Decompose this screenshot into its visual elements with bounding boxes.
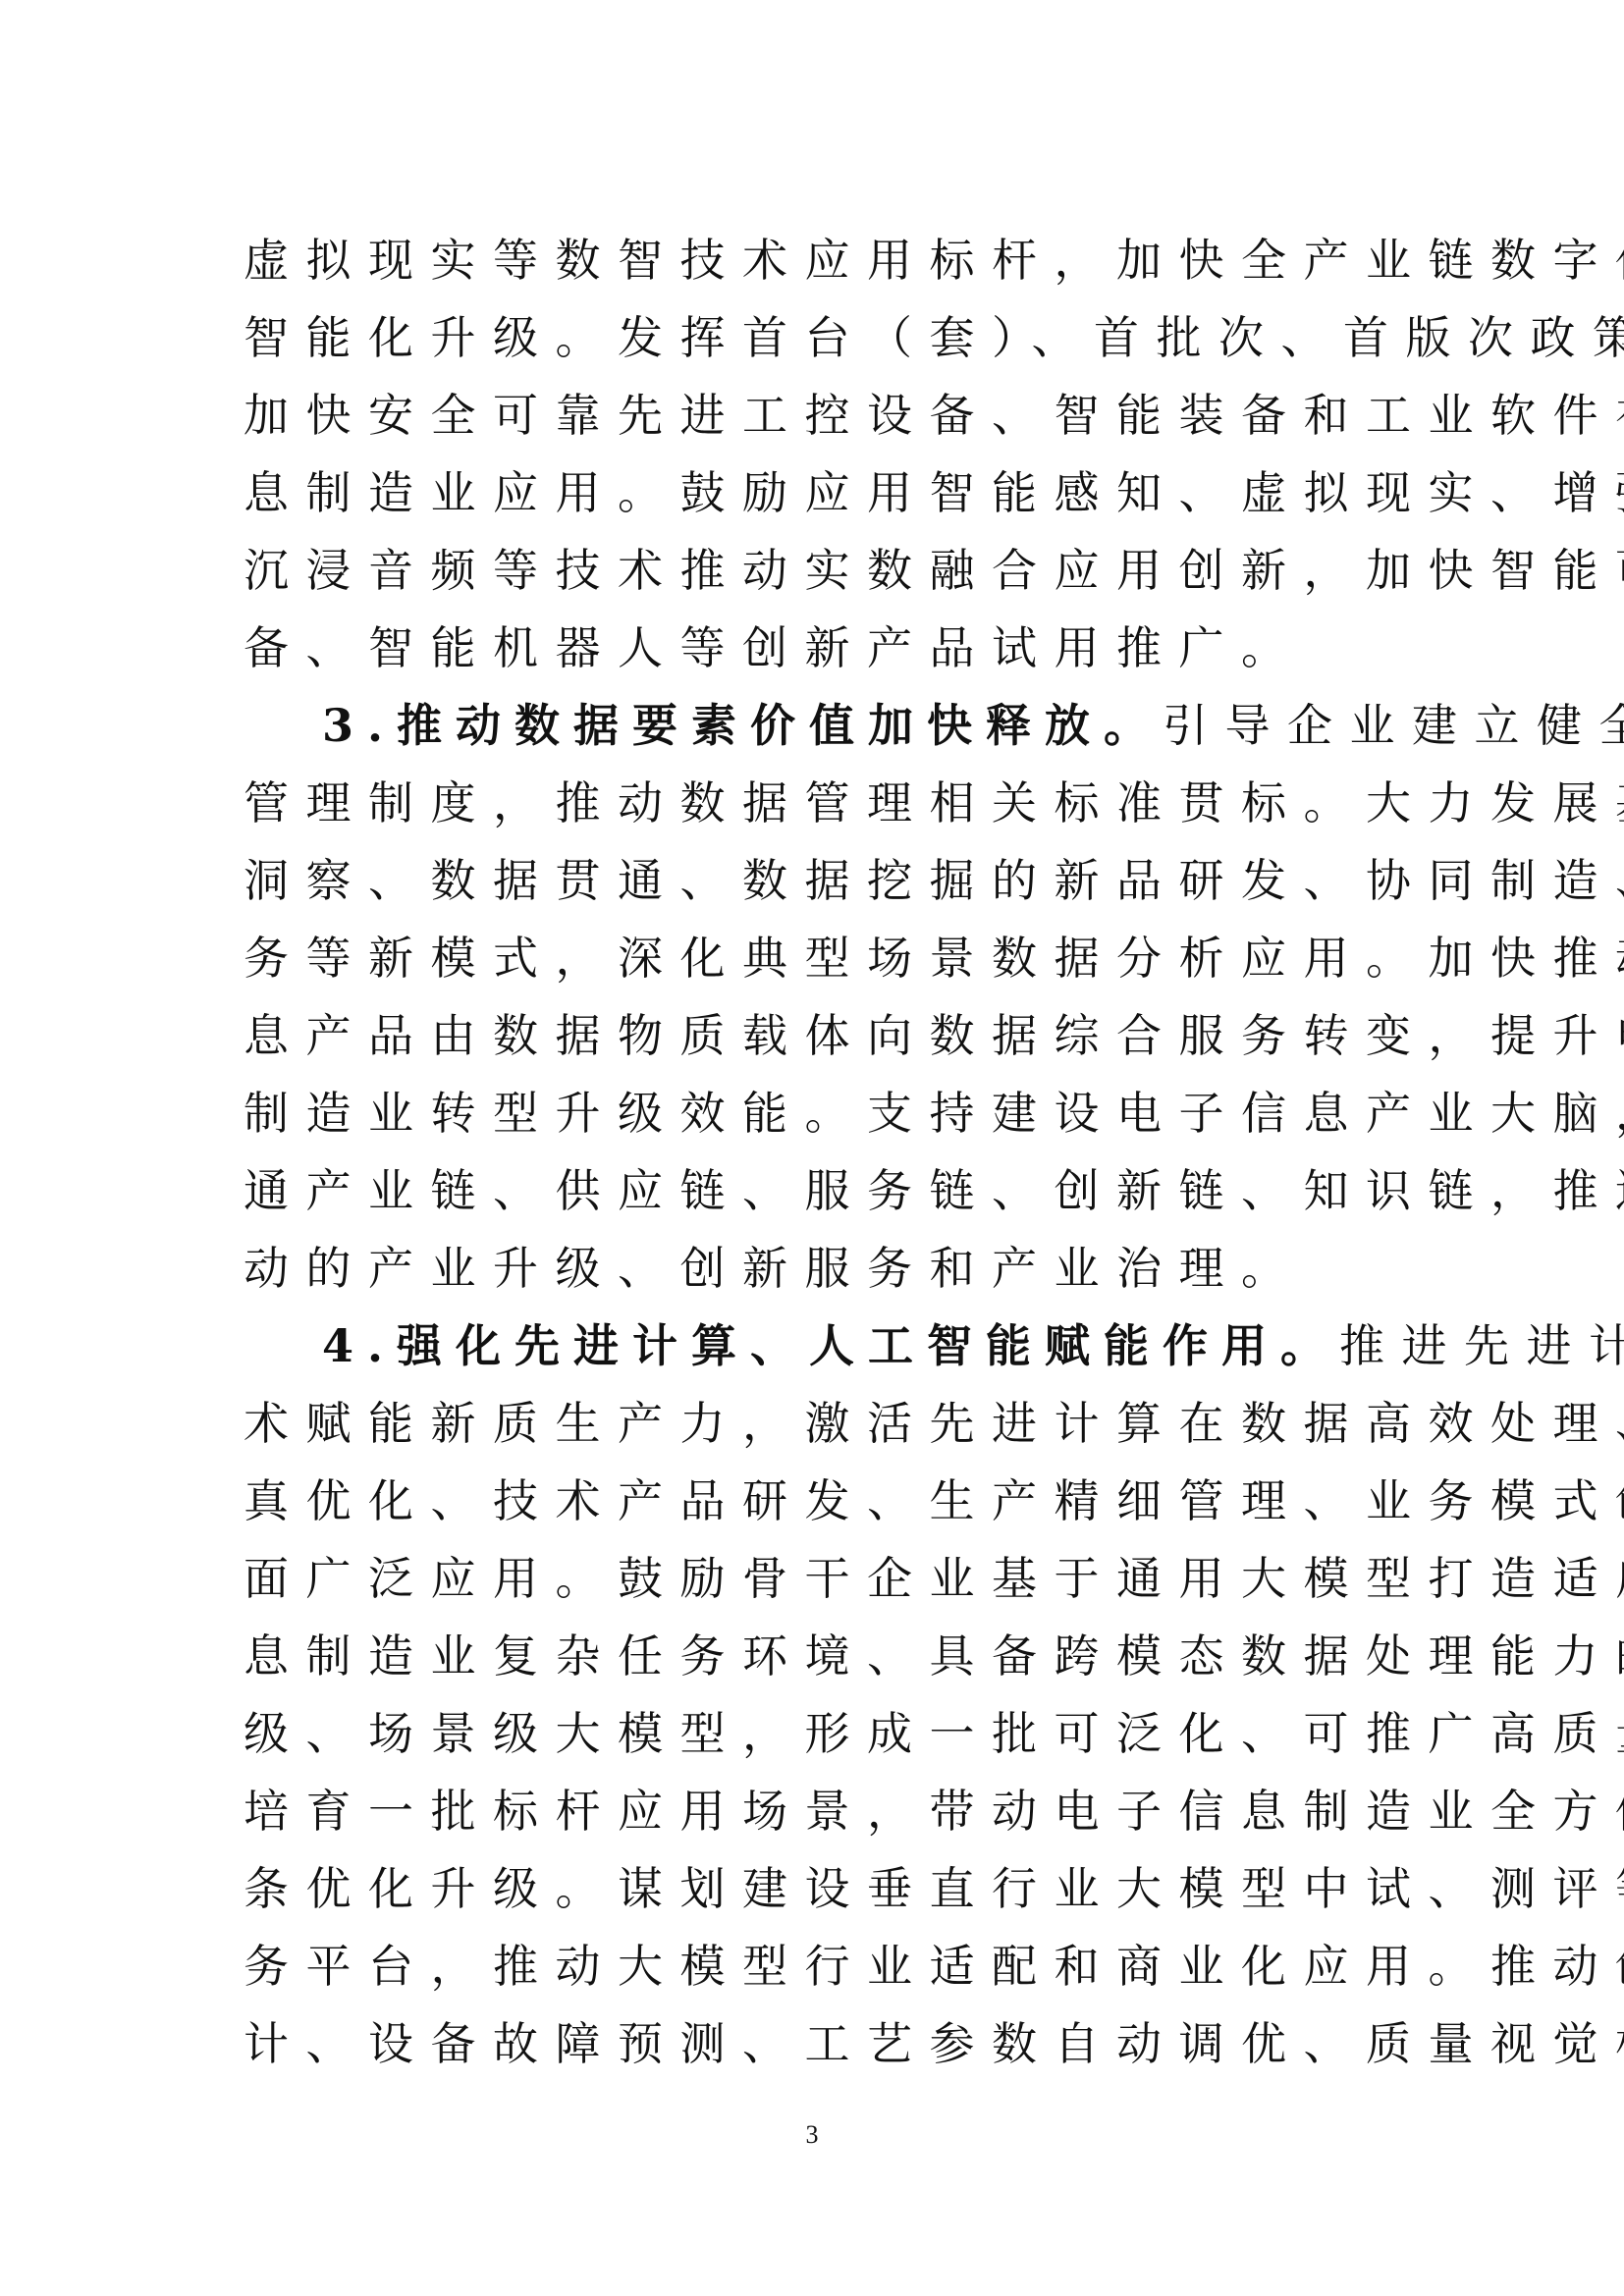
text-line: 面广泛应用。鼓励骨干企业基于通用大模型打造适应电子信: [244, 1540, 1382, 1618]
text-line: 息制造业应用。鼓励应用智能感知、虚拟现实、增强现实、: [244, 454, 1382, 532]
section-3-paragraph: 3.推动数据要素价值加快释放。引导企业建立健全数据 管理制度，推动数据管理相关标…: [244, 687, 1382, 1308]
text-line: 培育一批标杆应用场景，带动电子信息制造业全方位、全链: [244, 1773, 1382, 1850]
section-4-first-line: 4.强化先进计算、人工智能赋能作用。推进先进计算技: [244, 1308, 1382, 1385]
paragraph-continuation: 虚拟现实等数智技术应用标杆，加快全产业链数字化转型、 智能化升级。发挥首台（套）…: [244, 222, 1382, 687]
text-line: 息制造业复杂任务环境、具备跨模态数据处理能力的行业: [244, 1618, 1382, 1695]
text-run: 推进先进计算技: [1339, 1319, 1624, 1372]
text-line: 条优化升级。谋划建设垂直行业大模型中试、测评等公共服: [244, 1850, 1382, 1928]
text-run: 引导企业建立健全数据: [1163, 699, 1624, 752]
section-3-heading: 3.推动数据要素价值加快释放。: [322, 699, 1163, 752]
text-line: 务平台，推动大模型行业适配和商业化应用。推动创成式设: [244, 1928, 1382, 2005]
text-line: 务等新模式，深化典型场景数据分析应用。加快推动电子信: [244, 920, 1382, 997]
text-line: 级、场景级大模型，形成一批可泛化、可推广高质量数据集，: [244, 1695, 1382, 1773]
section-4-paragraph: 4.强化先进计算、人工智能赋能作用。推进先进计算技 术赋能新质生产力，激活先进计…: [244, 1308, 1382, 2083]
text-line: 通产业链、供应链、服务链、创新链、知识链，推进数据驱: [244, 1152, 1382, 1230]
document-page: 虚拟现实等数智技术应用标杆，加快全产业链数字化转型、 智能化升级。发挥首台（套）…: [244, 222, 1382, 2083]
section-3-first-line: 3.推动数据要素价值加快释放。引导企业建立健全数据: [244, 687, 1382, 765]
section-4-heading: 4.强化先进计算、人工智能赋能作用。: [322, 1319, 1339, 1372]
page-number: 3: [0, 2120, 1624, 2150]
text-line: 真优化、技术产品研发、生产精细管理、业务模式创新等方: [244, 1463, 1382, 1540]
text-line: 管理制度，推动数据管理相关标准贯标。大力发展基于数据: [244, 765, 1382, 842]
text-line: 制造业转型升级效能。支持建设电子信息产业大脑，融合贯: [244, 1075, 1382, 1152]
text-line: 息产品由数据物质载体向数据综合服务转变，提升电子信息: [244, 997, 1382, 1075]
text-line: 动的产业升级、创新服务和产业治理。: [244, 1230, 1382, 1308]
text-line: 术赋能新质生产力，激活先进计算在数据高效处理、设计仿: [244, 1385, 1382, 1463]
text-line: 计、设备故障预测、工艺参数自动调优、质量视觉检测、工: [244, 2005, 1382, 2083]
text-line: 沉浸音频等技术推动实数融合应用创新，加快智能可穿戴设: [244, 532, 1382, 610]
text-line: 洞察、数据贯通、数据挖掘的新品研发、协同制造、增值服: [244, 842, 1382, 920]
text-line: 智能化升级。发挥首台（套）、首批次、首版次政策作用，: [244, 299, 1382, 377]
text-line: 虚拟现实等数智技术应用标杆，加快全产业链数字化转型、: [244, 222, 1382, 299]
text-line: 备、智能机器人等创新产品试用推广。: [244, 610, 1382, 687]
text-line: 加快安全可靠先进工控设备、智能装备和工业软件在电子信: [244, 377, 1382, 454]
